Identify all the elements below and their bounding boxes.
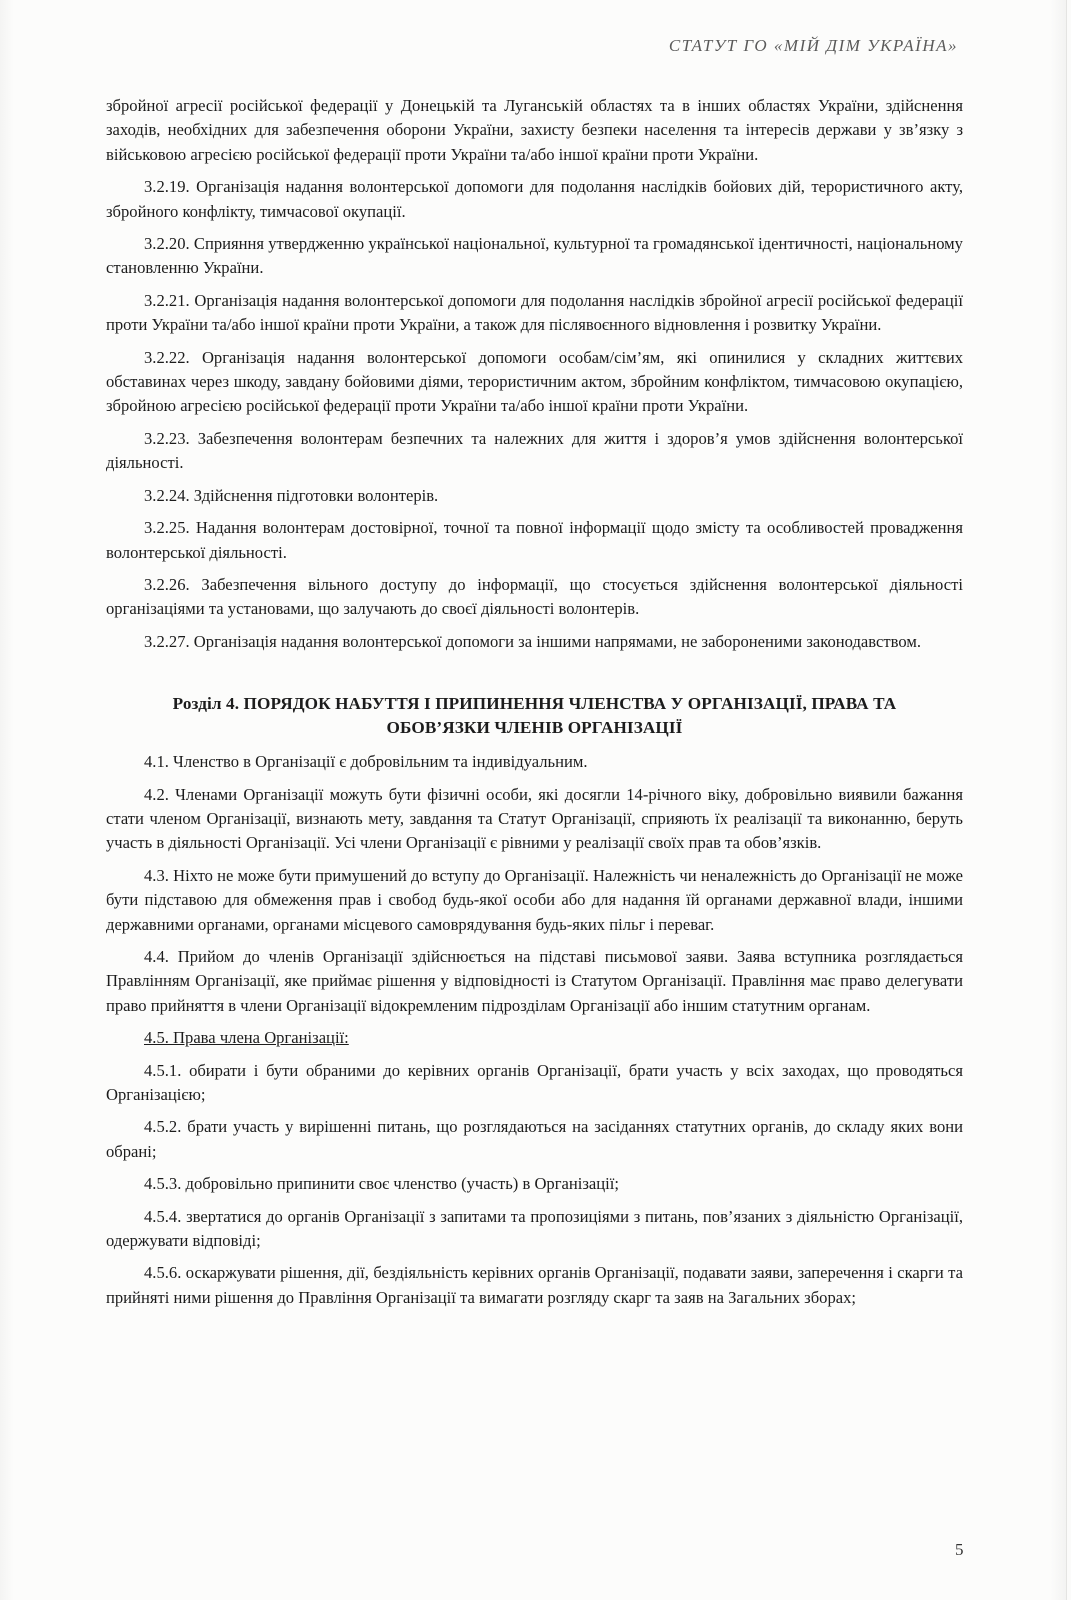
clause-text: Організація надання волонтерської допомо… [106, 177, 963, 220]
clause-3-2-27: 3.2.27. Організація надання волонтерсько… [106, 630, 963, 654]
clause-number: 4.5.6. [144, 1263, 181, 1282]
clause-4-5-3: 4.5.3. добровільно припинити своє членст… [106, 1172, 963, 1196]
clause-number: 4.4. [144, 947, 169, 966]
clause-number: 3.2.24. [144, 486, 190, 505]
clause-4-5-1: 4.5.1. обирати і бути обраними до керівн… [106, 1059, 963, 1108]
clause-number: 4.1. [144, 752, 169, 771]
clause-4-5-6: 4.5.6. оскаржувати рішення, дії, бездіял… [106, 1261, 963, 1310]
clause-number: 3.2.27. [144, 632, 190, 651]
clause-text: обирати і бути обраними до керівних орга… [106, 1061, 963, 1104]
clause-text: добровільно припинити своє членство (уча… [186, 1174, 620, 1193]
clause-4-5-4: 4.5.4. звертатися до органів Організації… [106, 1205, 963, 1254]
clause-4-3: 4.3. Ніхто не може бути примушений до вс… [106, 864, 963, 937]
continued-paragraph: збройної агресії російської федерації у … [106, 94, 963, 167]
clause-number: 4.2. [144, 785, 169, 804]
section-4-heading: Розділ 4. ПОРЯДОК НАБУТТЯ І ПРИПИНЕННЯ Ч… [106, 692, 963, 740]
clause-text: звертатися до органів Організації з запи… [106, 1207, 963, 1250]
clause-number: 3.2.19. [144, 177, 190, 196]
clause-4-2: 4.2. Членами Організації можуть бути фіз… [106, 783, 963, 856]
clause-number: 4.5.1. [144, 1061, 181, 1080]
clause-number: 4.3. [144, 866, 169, 885]
clause-4-5-2: 4.5.2. брати участь у вирішенні питань, … [106, 1115, 963, 1164]
clause-number: 3.2.20. [144, 234, 190, 253]
clause-text: оскаржувати рішення, дії, бездіяльність … [106, 1263, 963, 1306]
section-heading-prefix: Розділ 4. [173, 694, 239, 713]
clause-number: 3.2.25. [144, 518, 190, 537]
clause-4-4: 4.4. Прийом до членів Організації здійсн… [106, 945, 963, 1018]
document-page: СТАТУТ ГО «МІЙ ДІМ УКРАЇНА» збройної агр… [0, 0, 1067, 1600]
clause-3-2-20: 3.2.20. Сприяння утвердженню української… [106, 232, 963, 281]
rights-subheading-text: 4.5. Права члена Організації: [144, 1028, 349, 1047]
clause-text: Організація надання волонтерської допомо… [106, 291, 963, 334]
clause-3-2-26: 3.2.26. Забезпечення вільного доступу до… [106, 573, 963, 622]
clause-number: 4.5.3. [144, 1174, 181, 1193]
clause-text: брати участь у вирішенні питань, що розг… [106, 1117, 963, 1160]
clause-3-2-19: 3.2.19. Організація надання волонтерсько… [106, 175, 963, 224]
section-heading-line-2: ОБОВ’ЯЗКИ ЧЛЕНІВ ОРГАНІЗАЦІЇ [106, 716, 963, 740]
clause-3-2-22: 3.2.22. Організація надання волонтерсько… [106, 346, 963, 419]
clause-text: Членство в Організації є добровільним та… [173, 752, 587, 771]
clause-4-1: 4.1. Членство в Організації є добровільн… [106, 750, 963, 774]
clause-number: 4.5.4. [144, 1207, 181, 1226]
clause-text: Членами Організації можуть бути фізичні … [106, 785, 963, 853]
page-number: 5 [955, 1540, 964, 1560]
clause-number: 3.2.26. [144, 575, 190, 594]
clause-number: 3.2.22. [144, 348, 190, 367]
clause-number: 4.5.2. [144, 1117, 181, 1136]
clause-number: 3.2.23. [144, 429, 190, 448]
clause-text: Ніхто не може бути примушений до вступу … [106, 866, 963, 934]
clause-text: Надання волонтерам достовірної, точної т… [106, 518, 963, 561]
clause-text: Організація надання волонтерської допомо… [194, 632, 921, 651]
clause-text: Організація надання волонтерської допомо… [106, 348, 963, 416]
clause-number: 3.2.21. [144, 291, 190, 310]
clause-text: Здійснення підготовки волонтерів. [194, 486, 438, 505]
clause-3-2-23: 3.2.23. Забезпечення волонтерам безпечни… [106, 427, 963, 476]
clause-3-2-25: 3.2.25. Надання волонтерам достовірної, … [106, 516, 963, 565]
rights-subheading: 4.5. Права члена Організації: [106, 1026, 963, 1050]
section-heading-title: ПОРЯДОК НАБУТТЯ І ПРИПИНЕННЯ ЧЛЕНСТВА У … [244, 694, 897, 713]
running-header: СТАТУТ ГО «МІЙ ДІМ УКРАЇНА» [669, 36, 958, 56]
section-heading-line-1: Розділ 4. ПОРЯДОК НАБУТТЯ І ПРИПИНЕННЯ Ч… [106, 692, 963, 716]
clause-text: Сприяння утвердженню української націона… [106, 234, 963, 277]
clause-3-2-24: 3.2.24. Здійснення підготовки волонтерів… [106, 484, 963, 508]
clause-text: Прийом до членів Організації здійснюєтьс… [106, 947, 963, 1015]
clause-text: Забезпечення вільного доступу до інформа… [106, 575, 963, 618]
clause-text: Забезпечення волонтерам безпечних та нал… [106, 429, 963, 472]
document-body: збройної агресії російської федерації у … [106, 94, 963, 1318]
clause-3-2-21: 3.2.21. Організація надання волонтерсько… [106, 289, 963, 338]
